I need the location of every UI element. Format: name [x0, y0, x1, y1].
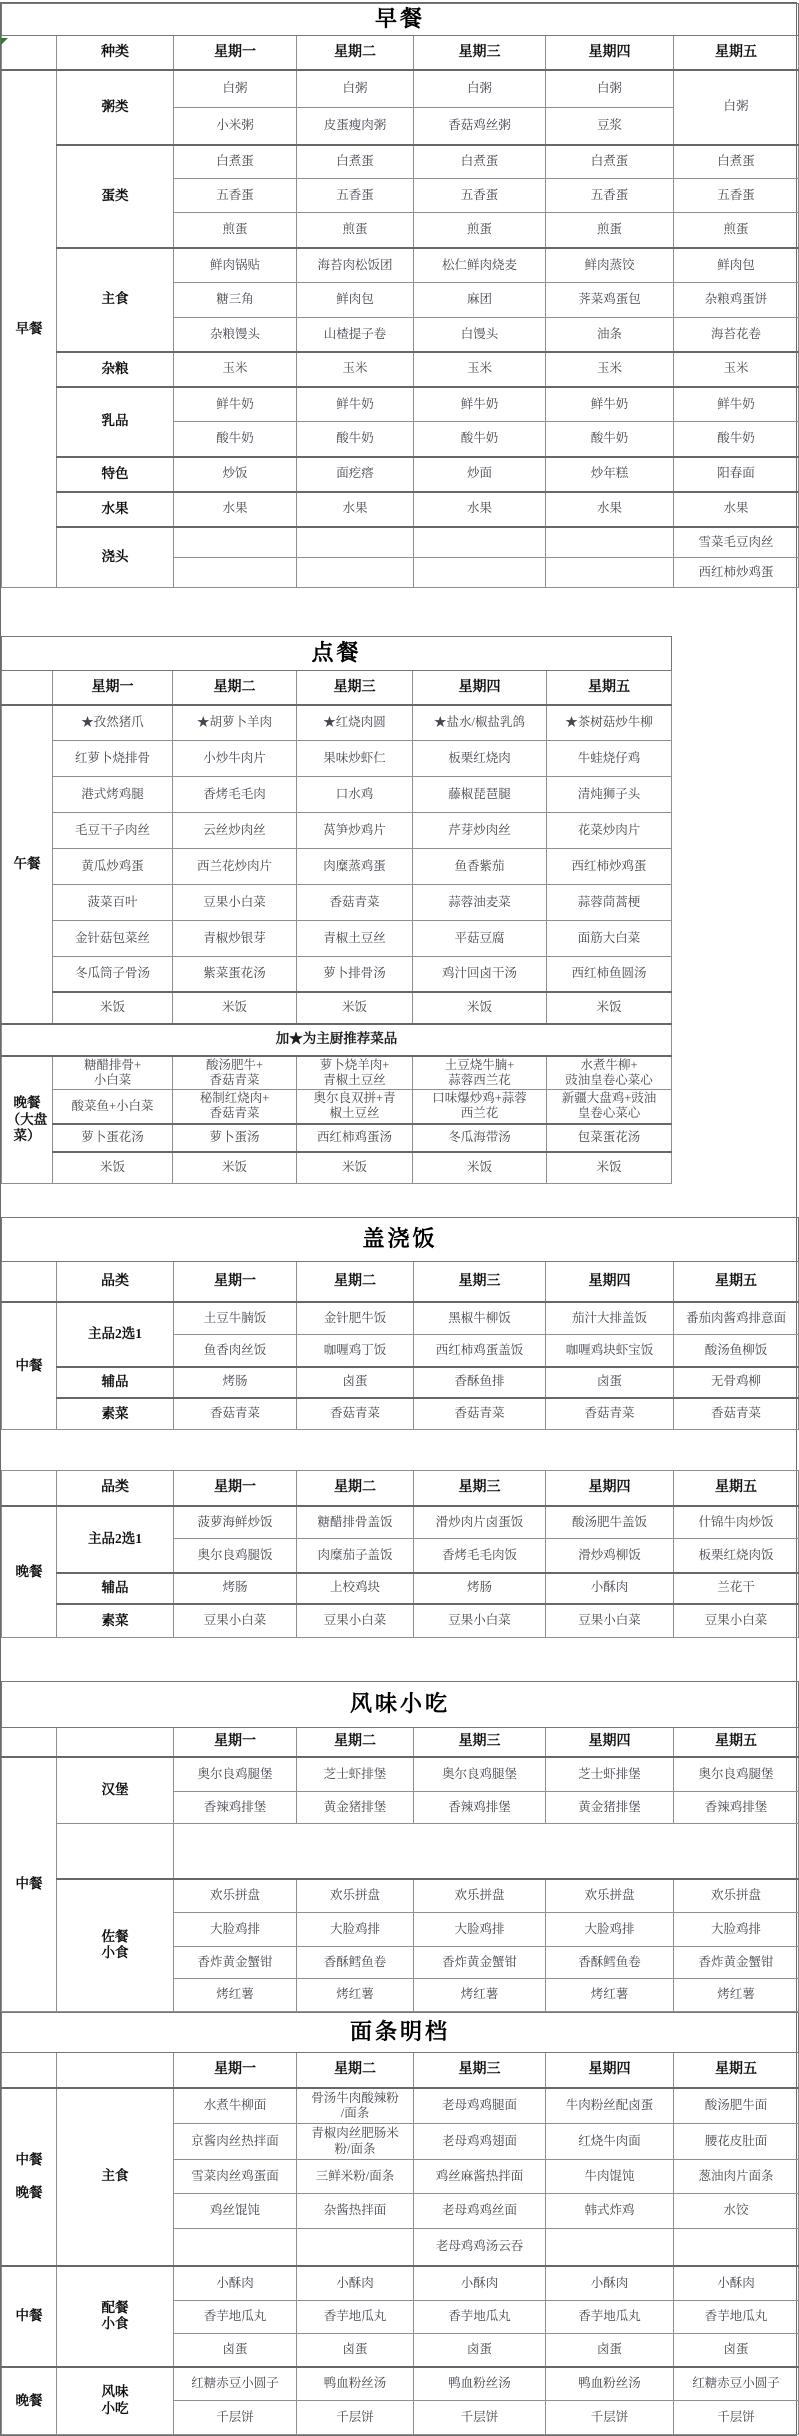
- menu-item-cell: 菠菜百叶: [53, 885, 173, 921]
- menu-item-cell: 麻团: [414, 283, 546, 318]
- menu-item-cell: [297, 558, 414, 588]
- menu-item-cell: 鲜牛奶: [297, 387, 414, 422]
- column-header: 星期五: [674, 1471, 799, 1506]
- menu-item-cell: 烤红薯: [674, 1979, 799, 2012]
- menu-item-cell: 水果: [674, 492, 799, 527]
- menu-item-cell: [297, 2229, 414, 2266]
- column-header: 星期一: [174, 1262, 297, 1302]
- column-header: 品类: [57, 1471, 174, 1506]
- menu-item-cell: 平菇豆腐: [413, 921, 547, 957]
- menu-item-cell: 酸牛奶: [174, 422, 297, 457]
- category-label: 主品2选1: [57, 1302, 174, 1367]
- weekly-menu-document: 早餐种类星期一星期二星期三星期四星期五早餐粥类白粥白粥白粥白粥白粥小米粥皮蛋瘦肉…: [0, 2, 797, 2436]
- meal-period-label: 中餐: [2, 1302, 57, 1430]
- menu-item-cell: 米饭: [547, 1152, 672, 1184]
- menu-item-cell: 烤肠: [174, 1573, 297, 1604]
- menu-item-cell: 香菇青菜: [546, 1398, 674, 1430]
- menu-item-cell: 红萝卜烧排骨: [53, 741, 173, 777]
- menu-item-cell: 萝卜排骨汤: [297, 957, 413, 992]
- column-header: 种类: [57, 36, 174, 70]
- empty-cell: [57, 2053, 174, 2088]
- menu-item-cell: 水果: [174, 492, 297, 527]
- category-label: 汉堡: [57, 1757, 174, 1824]
- column-header: 星期四: [413, 671, 547, 705]
- menu-item-cell: 豆浆: [546, 108, 674, 145]
- menu-item-cell: 米饭: [547, 992, 672, 1024]
- meal-period-label: 早餐: [2, 70, 57, 588]
- menu-item-cell: 雪菜肉丝鸡蛋面: [174, 2160, 297, 2194]
- menu-item-cell: 荠菜鸡蛋包: [546, 283, 674, 318]
- menu-item-cell: 白煮蛋: [174, 145, 297, 179]
- menu-item-cell: 白煮蛋: [674, 145, 799, 179]
- menu-item-cell: 云丝炒肉丝: [173, 813, 297, 849]
- menu-item-cell: 土豆烧牛腩+ 蒜蓉西兰花: [413, 1056, 547, 1090]
- menu-item-cell: 大脸鸡排: [174, 1913, 297, 1947]
- menu-item-cell: 鸭血粉丝汤: [414, 2367, 546, 2401]
- menu-item-cell: 炒年糕: [546, 457, 674, 492]
- menu-item-cell: 皮蛋瘦肉粥: [297, 108, 414, 145]
- menu-item-cell: 豆果小白菜: [297, 1604, 414, 1638]
- menu-item-cell: 香酥鱼排: [414, 1367, 546, 1398]
- menu-item-cell: 白馒头: [414, 318, 546, 352]
- menu-item-cell: 鲜牛奶: [174, 387, 297, 422]
- column-header: 星期五: [674, 1728, 799, 1757]
- menu-item-cell: ★盐水/椒盐乳鸽: [413, 705, 547, 741]
- menu-item-cell: 炒面: [414, 457, 546, 492]
- menu-item-cell: 山楂提子卷: [297, 318, 414, 352]
- breakfast-table: 早餐种类星期一星期二星期三星期四星期五早餐粥类白粥白粥白粥白粥白粥小米粥皮蛋瘦肉…: [1, 3, 799, 588]
- column-header: 星期四: [546, 1728, 674, 1757]
- category-label: 主食: [57, 2088, 174, 2266]
- menu-item-cell: 水饺: [674, 2194, 799, 2229]
- menu-item-cell: 奥尔良鸡腿饭: [174, 1539, 297, 1573]
- menu-item-cell: 香芋地瓜丸: [174, 2301, 297, 2334]
- menu-item-cell: 茄汁大排盖饭: [546, 1302, 674, 1335]
- menu-item-cell: 香菇青菜: [297, 885, 413, 921]
- column-header: 星期三: [297, 671, 413, 705]
- menu-item-cell: 欢乐拼盘: [674, 1879, 799, 1913]
- menu-item-cell: 大脸鸡排: [674, 1913, 799, 1947]
- menu-item-cell: 米饭: [413, 992, 547, 1024]
- menu-item-cell: 青椒肉丝肥肠米 粉/面条: [297, 2124, 414, 2160]
- menu-item-cell: 白粥: [297, 70, 414, 108]
- menu-item-cell: 阳春面: [674, 457, 799, 492]
- menu-item-cell: 无骨鸡柳: [674, 1367, 799, 1398]
- menu-item-cell: 港式烤鸡腿: [53, 777, 173, 813]
- menu-item-cell: 米饭: [53, 992, 173, 1024]
- menu-item-cell: 小酥肉: [297, 2266, 414, 2301]
- menu-item-cell: 葱油肉片面条: [674, 2160, 799, 2194]
- menu-item-cell: 酸牛奶: [414, 422, 546, 457]
- menu-item-cell: 鲜肉锅贴: [174, 248, 297, 283]
- chef-note: 加★为主厨推荐菜品: [2, 1024, 672, 1056]
- menu-item-cell: 老母鸡鸡丝面: [414, 2194, 546, 2229]
- menu-item-cell: 糖三角: [174, 283, 297, 318]
- menu-item-cell: 牛肉馄饨: [546, 2160, 674, 2194]
- menu-item-cell: 金针菇包菜丝: [53, 921, 173, 957]
- menu-item-cell: 面筋大白菜: [547, 921, 672, 957]
- menu-item-cell: 黑椒牛柳饭: [414, 1302, 546, 1335]
- menu-item-cell: 豆果小白菜: [173, 885, 297, 921]
- menu-item-cell: 香芋地瓜丸: [297, 2301, 414, 2334]
- menu-item-cell: 萝卜烧羊肉+ 青椒土豆丝: [297, 1056, 413, 1090]
- menu-item-cell: [546, 558, 674, 588]
- menu-item-cell: 小酥肉: [546, 2266, 674, 2301]
- menu-item-cell: 清炖狮子头: [547, 777, 672, 813]
- column-header: 品类: [57, 1262, 174, 1302]
- snacks-table: 风味小吃星期一星期二星期三星期四星期五中餐汉堡奥尔良鸡腿堡芝士虾排堡奥尔良鸡腿堡…: [1, 1681, 799, 2012]
- column-header: 星期五: [547, 671, 672, 705]
- menu-item-cell: [414, 527, 546, 558]
- menu-item-cell: 欢乐拼盘: [414, 1879, 546, 1913]
- section-gap: [1, 1638, 796, 1681]
- menu-item-cell: 香炸黄金蟹钳: [414, 1947, 546, 1979]
- menu-item-cell: 冬瓜筒子骨汤: [53, 957, 173, 992]
- menu-item-cell: 香酥鳕鱼卷: [297, 1947, 414, 1979]
- menu-item-cell: 五香蛋: [297, 179, 414, 213]
- menu-item-cell: 新疆大盘鸡+豉油 皇卷心菜心: [547, 1090, 672, 1124]
- column-header: 星期二: [297, 1262, 414, 1302]
- menu-item-cell: 蒜蓉油麦菜: [413, 885, 547, 921]
- menu-item-cell: 香辣鸡排堡: [174, 1792, 297, 1824]
- menu-item-cell: 金针肥牛饭: [297, 1302, 414, 1335]
- menu-item-cell: 韩式炸鸡: [546, 2194, 674, 2229]
- menu-item-cell: 京酱肉丝热拌面: [174, 2124, 297, 2160]
- section-title: 盖浇饭: [2, 1218, 799, 1262]
- column-header: 星期五: [674, 36, 799, 70]
- menu-item-cell: 豆果小白菜: [674, 1604, 799, 1638]
- category-label: 蛋类: [57, 145, 174, 248]
- menu-item-cell: 黄金猪排堡: [297, 1792, 414, 1824]
- menu-item-cell: 米饭: [53, 1152, 173, 1184]
- menu-item-cell: 豆果小白菜: [546, 1604, 674, 1638]
- menu-item-cell: 小酥肉: [546, 1573, 674, 1604]
- menu-item-cell: 白煮蛋: [546, 145, 674, 179]
- menu-item-cell: 萝卜蛋花汤: [53, 1124, 173, 1152]
- menu-item-cell: 香菇青菜: [414, 1398, 546, 1430]
- menu-item-cell: 杂粮馒头: [174, 318, 297, 352]
- menu-item-cell: 鲜牛奶: [674, 387, 799, 422]
- menu-item-cell: 香烤毛毛肉: [173, 777, 297, 813]
- menu-item-cell: 卤蛋: [546, 2334, 674, 2367]
- menu-item-cell: 香芋地瓜丸: [546, 2301, 674, 2334]
- category-label: 水果: [57, 492, 174, 527]
- section-gap: [1, 588, 796, 636]
- category-label: 素菜: [57, 1398, 174, 1430]
- empty-cell: [2, 36, 57, 70]
- menu-item-cell: 米饭: [297, 992, 413, 1024]
- menu-item-cell: 芹芽炒肉丝: [413, 813, 547, 849]
- menu-item-cell: 鸡汁回卤干汤: [413, 957, 547, 992]
- menu-item-cell: 五香蛋: [414, 179, 546, 213]
- menu-item-cell: 香菇青菜: [674, 1398, 799, 1430]
- menu-item-cell: 西红柿鱼圆汤: [547, 957, 672, 992]
- menu-item-cell: 千层饼: [674, 2401, 799, 2435]
- menu-item-cell: 红糖赤豆小圆子: [174, 2367, 297, 2401]
- menu-item-cell: 五香蛋: [674, 179, 799, 213]
- menu-item-cell: 玉米: [546, 352, 674, 387]
- menu-item-cell: 白粥: [414, 70, 546, 108]
- menu-item-cell: 牛肉粉丝配卤蛋: [546, 2088, 674, 2124]
- menu-item-cell: 酸汤肥牛面: [674, 2088, 799, 2124]
- category-label: 辅品: [57, 1367, 174, 1398]
- column-header: 星期二: [297, 1471, 414, 1506]
- menu-item-cell: 包菜蛋花汤: [547, 1124, 672, 1152]
- menu-item-cell: 黄瓜炒鸡蛋: [53, 849, 173, 885]
- category-label: 杂粮: [57, 352, 174, 387]
- menu-item-cell: 冬瓜海带汤: [413, 1124, 547, 1152]
- menu-item-cell: 松仁鲜肉烧麦: [414, 248, 546, 283]
- menu-item-cell: 西红柿炒鸡蛋: [547, 849, 672, 885]
- menu-item-cell: 萝卜蛋汤: [173, 1124, 297, 1152]
- column-header: 星期三: [414, 1471, 546, 1506]
- meal-period-label: 午餐: [2, 705, 53, 1024]
- column-header: 星期二: [297, 2053, 414, 2088]
- menu-item-cell: 糖醋排骨+ 小白菜: [53, 1056, 173, 1090]
- menu-item-cell: [414, 558, 546, 588]
- menu-item-cell: 玉米: [414, 352, 546, 387]
- menu-item-cell: 欢乐拼盘: [546, 1879, 674, 1913]
- empty-cell: [57, 1728, 174, 1757]
- menu-item-cell: 口味爆炒鸡+蒜蓉 西兰花: [413, 1090, 547, 1124]
- menu-item-cell: 香菇鸡丝粥: [414, 108, 546, 145]
- menu-item-cell: 老母鸡鸡汤云吞: [414, 2229, 546, 2266]
- menu-item-cell: 青椒土豆丝: [297, 921, 413, 957]
- menu-item-cell: 奥尔良鸡腿堡: [174, 1757, 297, 1792]
- menu-item-cell: 白粥: [674, 70, 799, 145]
- menu-item-cell: 牛蛙烧仔鸡: [547, 741, 672, 777]
- section-gap: [1, 1430, 796, 1470]
- empty-cell: [2, 1471, 57, 1506]
- menu-item-cell: 千层饼: [297, 2401, 414, 2435]
- menu-item-cell: 鲜牛奶: [414, 387, 546, 422]
- menu-item-cell: 海苔肉松饭团: [297, 248, 414, 283]
- empty-cell: [2, 671, 53, 705]
- column-header: 星期三: [414, 36, 546, 70]
- menu-item-cell: 卤蛋: [297, 1367, 414, 1398]
- menu-item-cell: 水煮牛柳+ 豉油皇卷心菜心: [547, 1056, 672, 1090]
- menu-item-cell: 小炒牛肉片: [173, 741, 297, 777]
- menu-item-cell: 面疙瘩: [297, 457, 414, 492]
- menu-item-cell: 千层饼: [414, 2401, 546, 2435]
- menu-item-cell: 小酥肉: [414, 2266, 546, 2301]
- menu-item-cell: 西红柿炒鸡蛋: [674, 558, 799, 588]
- menu-item-cell: 花菜炒肉片: [547, 813, 672, 849]
- menu-item-cell: 欢乐拼盘: [174, 1879, 297, 1913]
- meal-period-label: 晚餐 （大盘 菜）: [2, 1056, 53, 1184]
- menu-item-cell: 西红柿鸡蛋汤: [297, 1124, 413, 1152]
- menu-item-cell: 烤肠: [174, 1367, 297, 1398]
- menu-item-cell: 白煮蛋: [414, 145, 546, 179]
- category-label: 配餐 小食: [57, 2266, 174, 2367]
- column-header: 星期一: [174, 1471, 297, 1506]
- menu-item-cell: 煎蛋: [546, 213, 674, 248]
- menu-item-cell: 米饭: [173, 1152, 297, 1184]
- menu-item-cell: 毛豆干子肉丝: [53, 813, 173, 849]
- section-gap: [1, 1184, 796, 1217]
- menu-item-cell: 五香蛋: [174, 179, 297, 213]
- menu-item-cell: 红糖赤豆小圆子: [674, 2367, 799, 2401]
- menu-item-cell: 水果: [414, 492, 546, 527]
- menu-item-cell: [674, 2229, 799, 2266]
- section-title: 点餐: [2, 637, 672, 671]
- menu-item-cell: 玉米: [674, 352, 799, 387]
- menu-item-cell: 上校鸡块: [297, 1573, 414, 1604]
- menu-item-cell: 香炸黄金蟹钳: [674, 1947, 799, 1979]
- menu-item-cell: 肉糜蒸鸡蛋: [297, 849, 413, 885]
- column-header: 星期一: [174, 2053, 297, 2088]
- menu-item-cell: 千层饼: [174, 2401, 297, 2435]
- category-label: 主食: [57, 248, 174, 352]
- menu-item-cell: 鲜肉蒸饺: [546, 248, 674, 283]
- menu-item-cell: 香酥鳕鱼卷: [546, 1947, 674, 1979]
- column-header: 星期二: [297, 36, 414, 70]
- column-header: 星期三: [414, 1262, 546, 1302]
- menu-item-cell: 卤蛋: [297, 2334, 414, 2367]
- menu-item-cell: 小酥肉: [674, 2266, 799, 2301]
- sheet-corner-marker: [1, 38, 8, 45]
- menu-item-cell: 小米粥: [174, 108, 297, 145]
- menu-item-cell: 卤蛋: [674, 2334, 799, 2367]
- section-title: 早餐: [2, 4, 799, 36]
- menu-item-cell: 酸菜鱼+小白菜: [53, 1090, 173, 1124]
- menu-item-cell: 酸汤肥牛+ 香菇青菜: [173, 1056, 297, 1090]
- menu-item-cell: 滑炒鸡柳饭: [546, 1539, 674, 1573]
- column-header: 星期一: [53, 671, 173, 705]
- menu-item-cell: 酸汤肥牛盖饭: [546, 1506, 674, 1539]
- empty-cell: [57, 1824, 174, 1879]
- menu-item-cell: 海苔花卷: [674, 318, 799, 352]
- menu-item-cell: 奥尔良鸡腿堡: [414, 1757, 546, 1792]
- category-label: 特色: [57, 457, 174, 492]
- menu-item-cell: 煎蛋: [174, 213, 297, 248]
- menu-item-cell: 杂粮鸡蛋饼: [674, 283, 799, 318]
- menu-item-cell: [174, 2229, 297, 2266]
- menu-item-cell: 肉糜茄子盖饭: [297, 1539, 414, 1573]
- menu-item-cell: ★孜然猪爪: [53, 705, 173, 741]
- column-header: 星期四: [546, 2053, 674, 2088]
- menu-item-cell: 千层饼: [546, 2401, 674, 2435]
- menu-item-cell: 红烧牛肉面: [546, 2124, 674, 2160]
- menu-item-cell: 大脸鸡排: [414, 1913, 546, 1947]
- ricebowl_dinner-table: 品类星期一星期二星期三星期四星期五晚餐主品2选1菠萝海鲜炒饭糖醋排骨盖饭滑炒肉片…: [1, 1470, 799, 1638]
- menu-item-cell: 口水鸡: [297, 777, 413, 813]
- menu-item-cell: 香炸黄金蟹钳: [174, 1947, 297, 1979]
- empty-cell: [2, 1262, 57, 1302]
- meal-period-label: 晚餐: [2, 2367, 57, 2435]
- column-header: 星期二: [297, 1728, 414, 1757]
- menu-item-cell: 雪菜毛豆肉丝: [674, 527, 799, 558]
- column-header: 星期一: [174, 1728, 297, 1757]
- meal-period-label: 中餐: [2, 1757, 57, 2012]
- menu-item-cell: 香菇青菜: [297, 1398, 414, 1430]
- menu-item-cell: 鸭血粉丝汤: [297, 2367, 414, 2401]
- menu-item-cell: 鲜肉包: [297, 283, 414, 318]
- menu-item-cell: 滑炒肉片卤蛋饭: [414, 1506, 546, 1539]
- section-title: 风味小吃: [2, 1682, 799, 1728]
- menu-item-cell: 小酥肉: [174, 2266, 297, 2301]
- menu-item-cell: 鲜牛奶: [546, 387, 674, 422]
- menu-item-cell: 番茄肉酱鸡排意面: [674, 1302, 799, 1335]
- menu-item-cell: 香辣鸡排堡: [414, 1792, 546, 1824]
- meal-period-label: 晚餐: [2, 1506, 57, 1638]
- menu-item-cell: 酸牛奶: [674, 422, 799, 457]
- menu-item-cell: 烤肠: [414, 1573, 546, 1604]
- menu-item-cell: 奥尔良鸡腿堡: [674, 1757, 799, 1792]
- column-header: 星期四: [546, 1471, 674, 1506]
- menu-item-cell: 鲜肉包: [674, 248, 799, 283]
- meal-period-label: 中餐 晚餐: [2, 2088, 57, 2266]
- menu-item-cell: 芝士虾排堡: [546, 1757, 674, 1792]
- column-header: 星期五: [674, 2053, 799, 2088]
- section-title: 面条明档: [2, 2013, 799, 2053]
- menu-item-cell: ★胡萝卜羊肉: [173, 705, 297, 741]
- column-header: 星期四: [546, 36, 674, 70]
- column-header: 星期四: [546, 1262, 674, 1302]
- menu-item-cell: 秘制红烧肉+ 香菇青菜: [173, 1090, 297, 1124]
- menu-item-cell: 奥尔良双拼+青 椒土豆丝: [297, 1090, 413, 1124]
- menu-item-cell: 米饭: [297, 1152, 413, 1184]
- menu-item-cell: 卤蛋: [546, 1367, 674, 1398]
- empty-cell: [2, 1728, 57, 1757]
- menu-item-cell: 果味炒虾仁: [297, 741, 413, 777]
- category-label: 主品2选1: [57, 1506, 174, 1573]
- menu-item-cell: 咖喱鸡块虾宝饭: [546, 1335, 674, 1367]
- menu-item-cell: 糖醋排骨盖饭: [297, 1506, 414, 1539]
- menu-item-cell: 腰花皮肚面: [674, 2124, 799, 2160]
- menu-item-cell: 土豆牛腩饭: [174, 1302, 297, 1335]
- menu-item-cell: 豆果小白菜: [414, 1604, 546, 1638]
- menu-item-cell: 藤椒琵琶腿: [413, 777, 547, 813]
- alacarte-table: 点餐星期一星期二星期三星期四星期五午餐★孜然猪爪★胡萝卜羊肉★红烧肉圆★盐水/椒…: [1, 636, 672, 1184]
- menu-item-cell: 卤蛋: [414, 2334, 546, 2367]
- column-header: 星期二: [173, 671, 297, 705]
- menu-item-cell: 酸牛奶: [297, 422, 414, 457]
- menu-item-cell: 米饭: [173, 992, 297, 1024]
- ricebowl_lunch-table: 盖浇饭品类星期一星期二星期三星期四星期五中餐主品2选1土豆牛腩饭金针肥牛饭黑椒牛…: [1, 1217, 799, 1430]
- menu-item-cell: 板栗红烧肉: [413, 741, 547, 777]
- menu-item-cell: 鱼香紫茄: [413, 849, 547, 885]
- menu-item-cell: [174, 558, 297, 588]
- menu-item-cell: 欢乐拼盘: [297, 1879, 414, 1913]
- menu-item-cell: 香芋地瓜丸: [674, 2301, 799, 2334]
- category-label: 佐餐 小食: [57, 1879, 174, 2012]
- category-label: 粥类: [57, 70, 174, 145]
- empty-cell: [174, 1824, 799, 1879]
- menu-item-cell: 油条: [546, 318, 674, 352]
- menu-item-cell: 青椒炒银芽: [173, 921, 297, 957]
- menu-item-cell: 炒饭: [174, 457, 297, 492]
- category-label: 乳品: [57, 387, 174, 457]
- menu-item-cell: 酸汤鱼柳饭: [674, 1335, 799, 1367]
- menu-item-cell: 水煮牛柳面: [174, 2088, 297, 2124]
- menu-item-cell: 西红柿鸡蛋盖饭: [414, 1335, 546, 1367]
- menu-item-cell: ★红烧肉圆: [297, 705, 413, 741]
- menu-item-cell: 煎蛋: [414, 213, 546, 248]
- menu-item-cell: 玉米: [297, 352, 414, 387]
- menu-item-cell: 香烤毛毛肉饭: [414, 1539, 546, 1573]
- category-label: 素菜: [57, 1604, 174, 1638]
- menu-item-cell: 煎蛋: [674, 213, 799, 248]
- menu-item-cell: [297, 527, 414, 558]
- menu-item-cell: 杂酱热拌面: [297, 2194, 414, 2229]
- menu-item-cell: 紫菜蛋花汤: [173, 957, 297, 992]
- menu-item-cell: 卤蛋: [174, 2334, 297, 2367]
- menu-item-cell: 菠萝海鲜炒饭: [174, 1506, 297, 1539]
- meal-period-label: 中餐: [2, 2266, 57, 2367]
- menu-item-cell: 西兰花炒肉片: [173, 849, 297, 885]
- menu-item-cell: 五香蛋: [546, 179, 674, 213]
